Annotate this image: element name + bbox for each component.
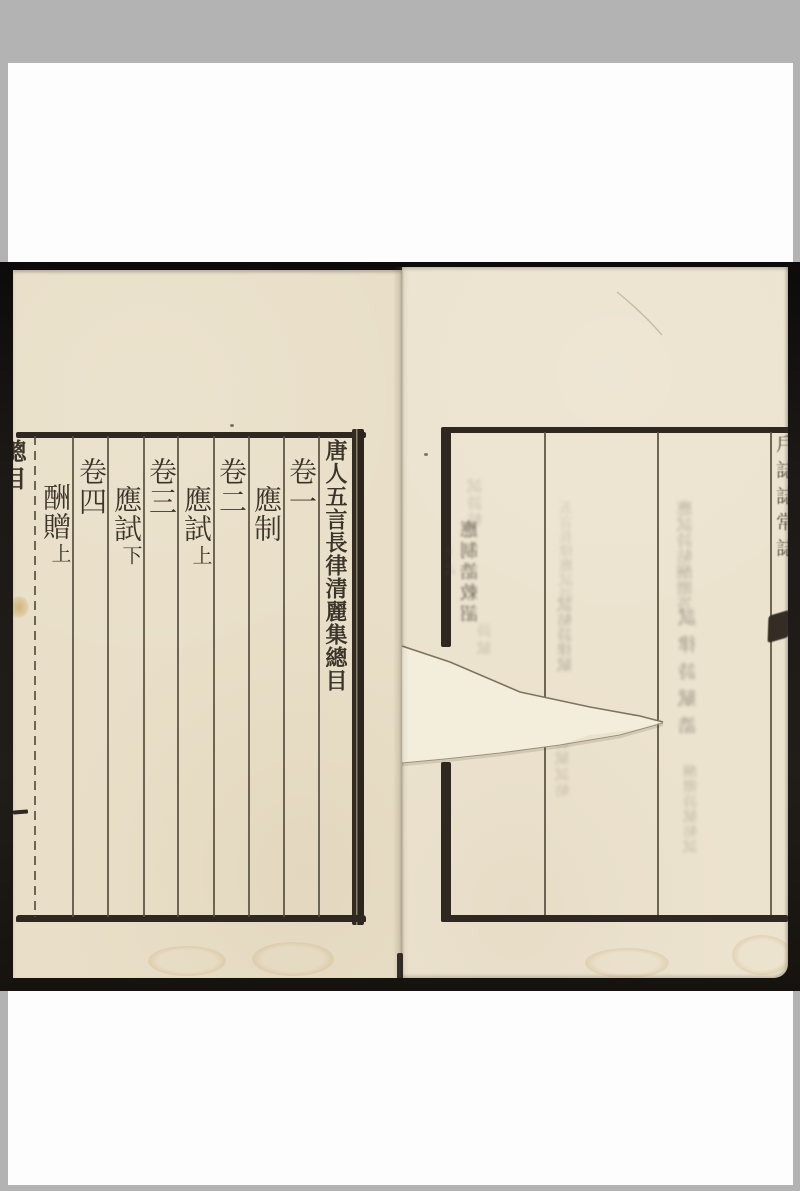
entry-section-3: 應試下 — [112, 485, 140, 563]
left-frame-top-border — [16, 432, 366, 438]
foxing-spot — [13, 596, 29, 618]
entry-section-4: 酬贈上 — [41, 483, 69, 561]
entry-volume-4: 卷四 — [77, 457, 105, 517]
column-rule — [318, 436, 320, 917]
section-label: 應試 — [110, 485, 143, 543]
section-label: 酬贈 — [39, 483, 72, 541]
foxing-stain — [585, 948, 669, 978]
ink-speck — [230, 424, 234, 427]
foxing-stain — [148, 946, 226, 976]
foxing-stain — [252, 942, 334, 976]
entry-volume-2: 卷二 — [217, 457, 245, 517]
ink-speck — [424, 453, 428, 456]
entry-section-2: 應試上 — [182, 485, 210, 563]
section-part-label: 下 — [119, 545, 143, 565]
entry-volume-3: 卷三 — [147, 457, 175, 517]
column-rule — [34, 436, 36, 917]
edge-text-fragments: 戶誌誌常誌 — [774, 434, 788, 564]
paper-tear — [402, 267, 788, 978]
left-frame-right-border — [352, 429, 364, 925]
toc-title: 唐人五言長律清麗集總目 — [324, 439, 346, 692]
book-scan-viewer: 唐人五言長律清麗集總目 卷一 應制 卷二 應試上 卷三 應試下 卷四 酬贈上 總… — [0, 0, 800, 1191]
column-rule — [72, 436, 74, 917]
section-part-label: 上 — [48, 543, 72, 563]
edge-label-partial: 總目 — [13, 439, 24, 493]
entry-section-1: 應制 — [252, 485, 280, 543]
left-page: 唐人五言長律清麗集總目 卷一 應制 卷二 應試上 卷三 應試下 卷四 酬贈上 總… — [13, 270, 402, 978]
foxing-stain — [732, 935, 788, 975]
crease-scratch — [617, 292, 662, 335]
section-label: 應試 — [180, 485, 213, 543]
section-part-label: 上 — [189, 545, 213, 565]
right-page: 試詩帖 應制誥敕詔 詩賦 卜乙 五言長律應試詩 試帖詩律賦 詩賦試帖 應試詩帖酬… — [402, 267, 788, 978]
ink-tick — [13, 809, 28, 814]
left-frame-bottom-border — [16, 915, 366, 922]
entry-volume-1: 卷一 — [287, 457, 315, 517]
section-label: 應制 — [250, 485, 283, 543]
gutter-crease-shadow — [397, 953, 403, 991]
